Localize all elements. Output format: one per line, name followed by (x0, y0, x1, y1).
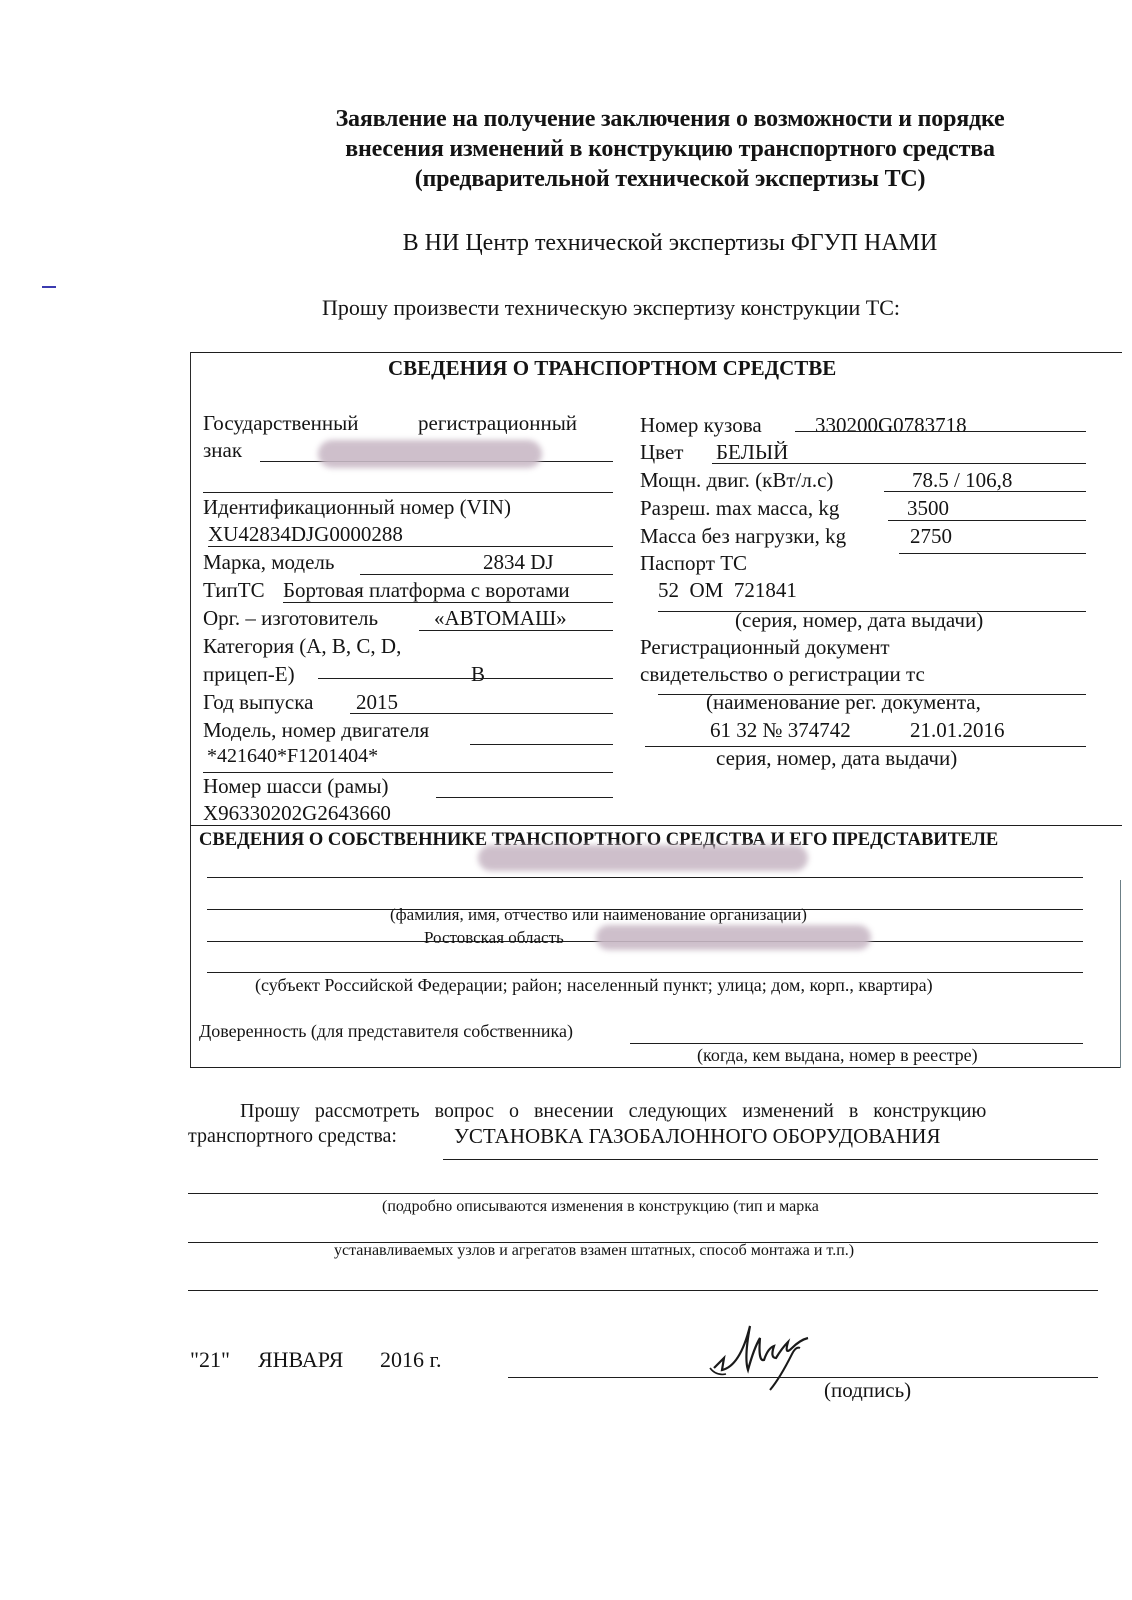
vin-underline (208, 546, 613, 547)
vin-value: XU42834DJG0000288 (208, 522, 403, 547)
owner-address-hint: (субъект Российской Федерации; район; на… (255, 975, 933, 996)
color-label: Цвет (640, 440, 683, 465)
year-underline (350, 713, 613, 714)
max-mass-label: Разреш. max масса, kg (640, 496, 839, 521)
changes-request-line-1: Прошу рассмотреть вопрос о внесении след… (240, 1100, 986, 1123)
passport-label: Паспорт ТС (640, 551, 747, 576)
date-year: 2016 г. (380, 1347, 442, 1373)
type-label: ТипТС (203, 578, 265, 603)
engine-label: Модель, номер двигателя (203, 718, 429, 743)
title-line-2: внесения изменений в конструкцию транспо… (220, 134, 1120, 164)
year-value: 2015 (356, 690, 398, 715)
date-month: ЯНВАРЯ (258, 1347, 343, 1373)
reg-plate-label-2: регистрационный (418, 411, 577, 436)
chassis-underline (436, 797, 613, 798)
color-value: БЕЛЫЙ (716, 440, 788, 465)
changes-hint-1: (подробно описываются изменения в констр… (382, 1198, 819, 1216)
type-underline (283, 602, 613, 603)
box-top-border (190, 352, 1122, 353)
engine-value: *421640*F1201404* (207, 745, 378, 768)
curb-mass-underline (899, 553, 1086, 554)
changes-underline-1 (443, 1159, 1098, 1160)
owner-name-line-1 (207, 877, 1083, 878)
manufacturer-label: Орг. – изготовитель (203, 606, 378, 631)
owner-name-redacted (478, 845, 808, 871)
scan-mark (42, 286, 56, 288)
vin-label: Идентификационный номер (VIN) (203, 495, 511, 520)
make-model-underline (360, 574, 613, 575)
category-label-1: Категория (A, B, C, D, (203, 634, 401, 659)
box-right-border (1120, 880, 1121, 1068)
title-line-3: (предварительной технической экспертизы … (220, 164, 1120, 194)
signature-icon (700, 1318, 840, 1408)
max-mass-underline (888, 520, 1086, 521)
reg-doc-date: 21.01.2016 (910, 718, 1005, 743)
owner-name-hint: (фамилия, имя, отчество или наименование… (390, 905, 807, 925)
vin-top-line (203, 492, 613, 493)
reg-doc-hint-2: серия, номер, дата выдачи) (716, 746, 957, 771)
body-number-label: Номер кузова (640, 413, 762, 438)
passport-hint: (серия, номер, дата выдачи) (735, 608, 983, 633)
document-title: Заявление на получение заключения о возм… (220, 104, 1120, 194)
owner-address-value: Ростовская область (424, 928, 564, 948)
box-left-border (190, 352, 191, 1068)
category-value: B (471, 662, 485, 687)
proxy-underline (630, 1043, 1083, 1044)
changes-underline-4 (188, 1290, 1098, 1291)
reg-plate-redacted (318, 440, 542, 468)
make-model-value: 2834 DJ (483, 550, 554, 575)
reg-plate-label-1: Государственный (203, 411, 358, 436)
engine-label-underline (470, 744, 613, 745)
body-number-underline (795, 431, 1086, 432)
curb-mass-label: Масса без нагрузки, kg (640, 524, 846, 549)
changes-underline-2 (188, 1193, 1098, 1194)
power-value: 78.5 / 106,8 (912, 468, 1012, 493)
reg-doc-name: свидетельство о регистрации тс (640, 662, 925, 687)
owner-address-redacted (596, 925, 871, 950)
addressee: В НИ Центр технической экспертизы ФГУП Н… (220, 230, 1120, 257)
changes-hint-2: устанавливаемых узлов и агрегатов взамен… (334, 1242, 854, 1260)
chassis-value: X96330202G2643660 (203, 801, 391, 826)
reg-doc-label: Регистрационный документ (640, 635, 890, 660)
year-label: Год выпуска (203, 690, 313, 715)
changes-request-line-2: транспортного средства: (188, 1125, 397, 1148)
engine-value-underline (203, 772, 613, 773)
chassis-label: Номер шасси (рамы) (203, 774, 388, 799)
signature-label: (подпись) (824, 1378, 911, 1403)
max-mass-value: 3500 (907, 496, 949, 521)
reg-plate-label-3: знак (203, 438, 242, 463)
request-intro: Прошу произвести техническую экспертизу … (322, 295, 900, 321)
curb-mass-value: 2750 (910, 524, 952, 549)
proxy-hint: (когда, кем выдана, номер в реестре) (697, 1045, 978, 1066)
manufacturer-underline (419, 630, 613, 631)
manufacturer-value: «АВТОМАШ» (434, 606, 567, 631)
power-underline (884, 491, 1086, 492)
reg-doc-hint-1: (наименование рег. документа, (706, 690, 981, 715)
color-underline (712, 463, 1086, 464)
power-label: Мощн. двиг. (кВт/л.с) (640, 468, 833, 493)
changes-value: УСТАНОВКА ГАЗОБАЛОННОГО ОБОРУДОВАНИЯ (454, 1124, 940, 1149)
category-label-2: прицеп-E) (203, 662, 295, 687)
date-day: "21" (190, 1347, 230, 1373)
type-value: Бортовая платформа с воротами (283, 578, 570, 603)
owner-address-line-2 (207, 972, 1083, 973)
vehicle-section-header: СВЕДЕНИЯ О ТРАНСПОРТНОМ СРЕДСТВЕ (388, 356, 836, 381)
make-model-label: Марка, модель (203, 550, 334, 575)
reg-doc-number: 61 32 № 374742 (710, 718, 851, 743)
title-line-1: Заявление на получение заключения о возм… (220, 104, 1120, 134)
box-bottom-border (190, 1067, 1120, 1068)
category-underline (318, 678, 613, 679)
passport-value: 52 ОМ 721841 (658, 578, 797, 603)
body-number-value: 330200G0783718 (815, 413, 967, 438)
proxy-label: Доверенность (для представителя собствен… (199, 1021, 573, 1042)
